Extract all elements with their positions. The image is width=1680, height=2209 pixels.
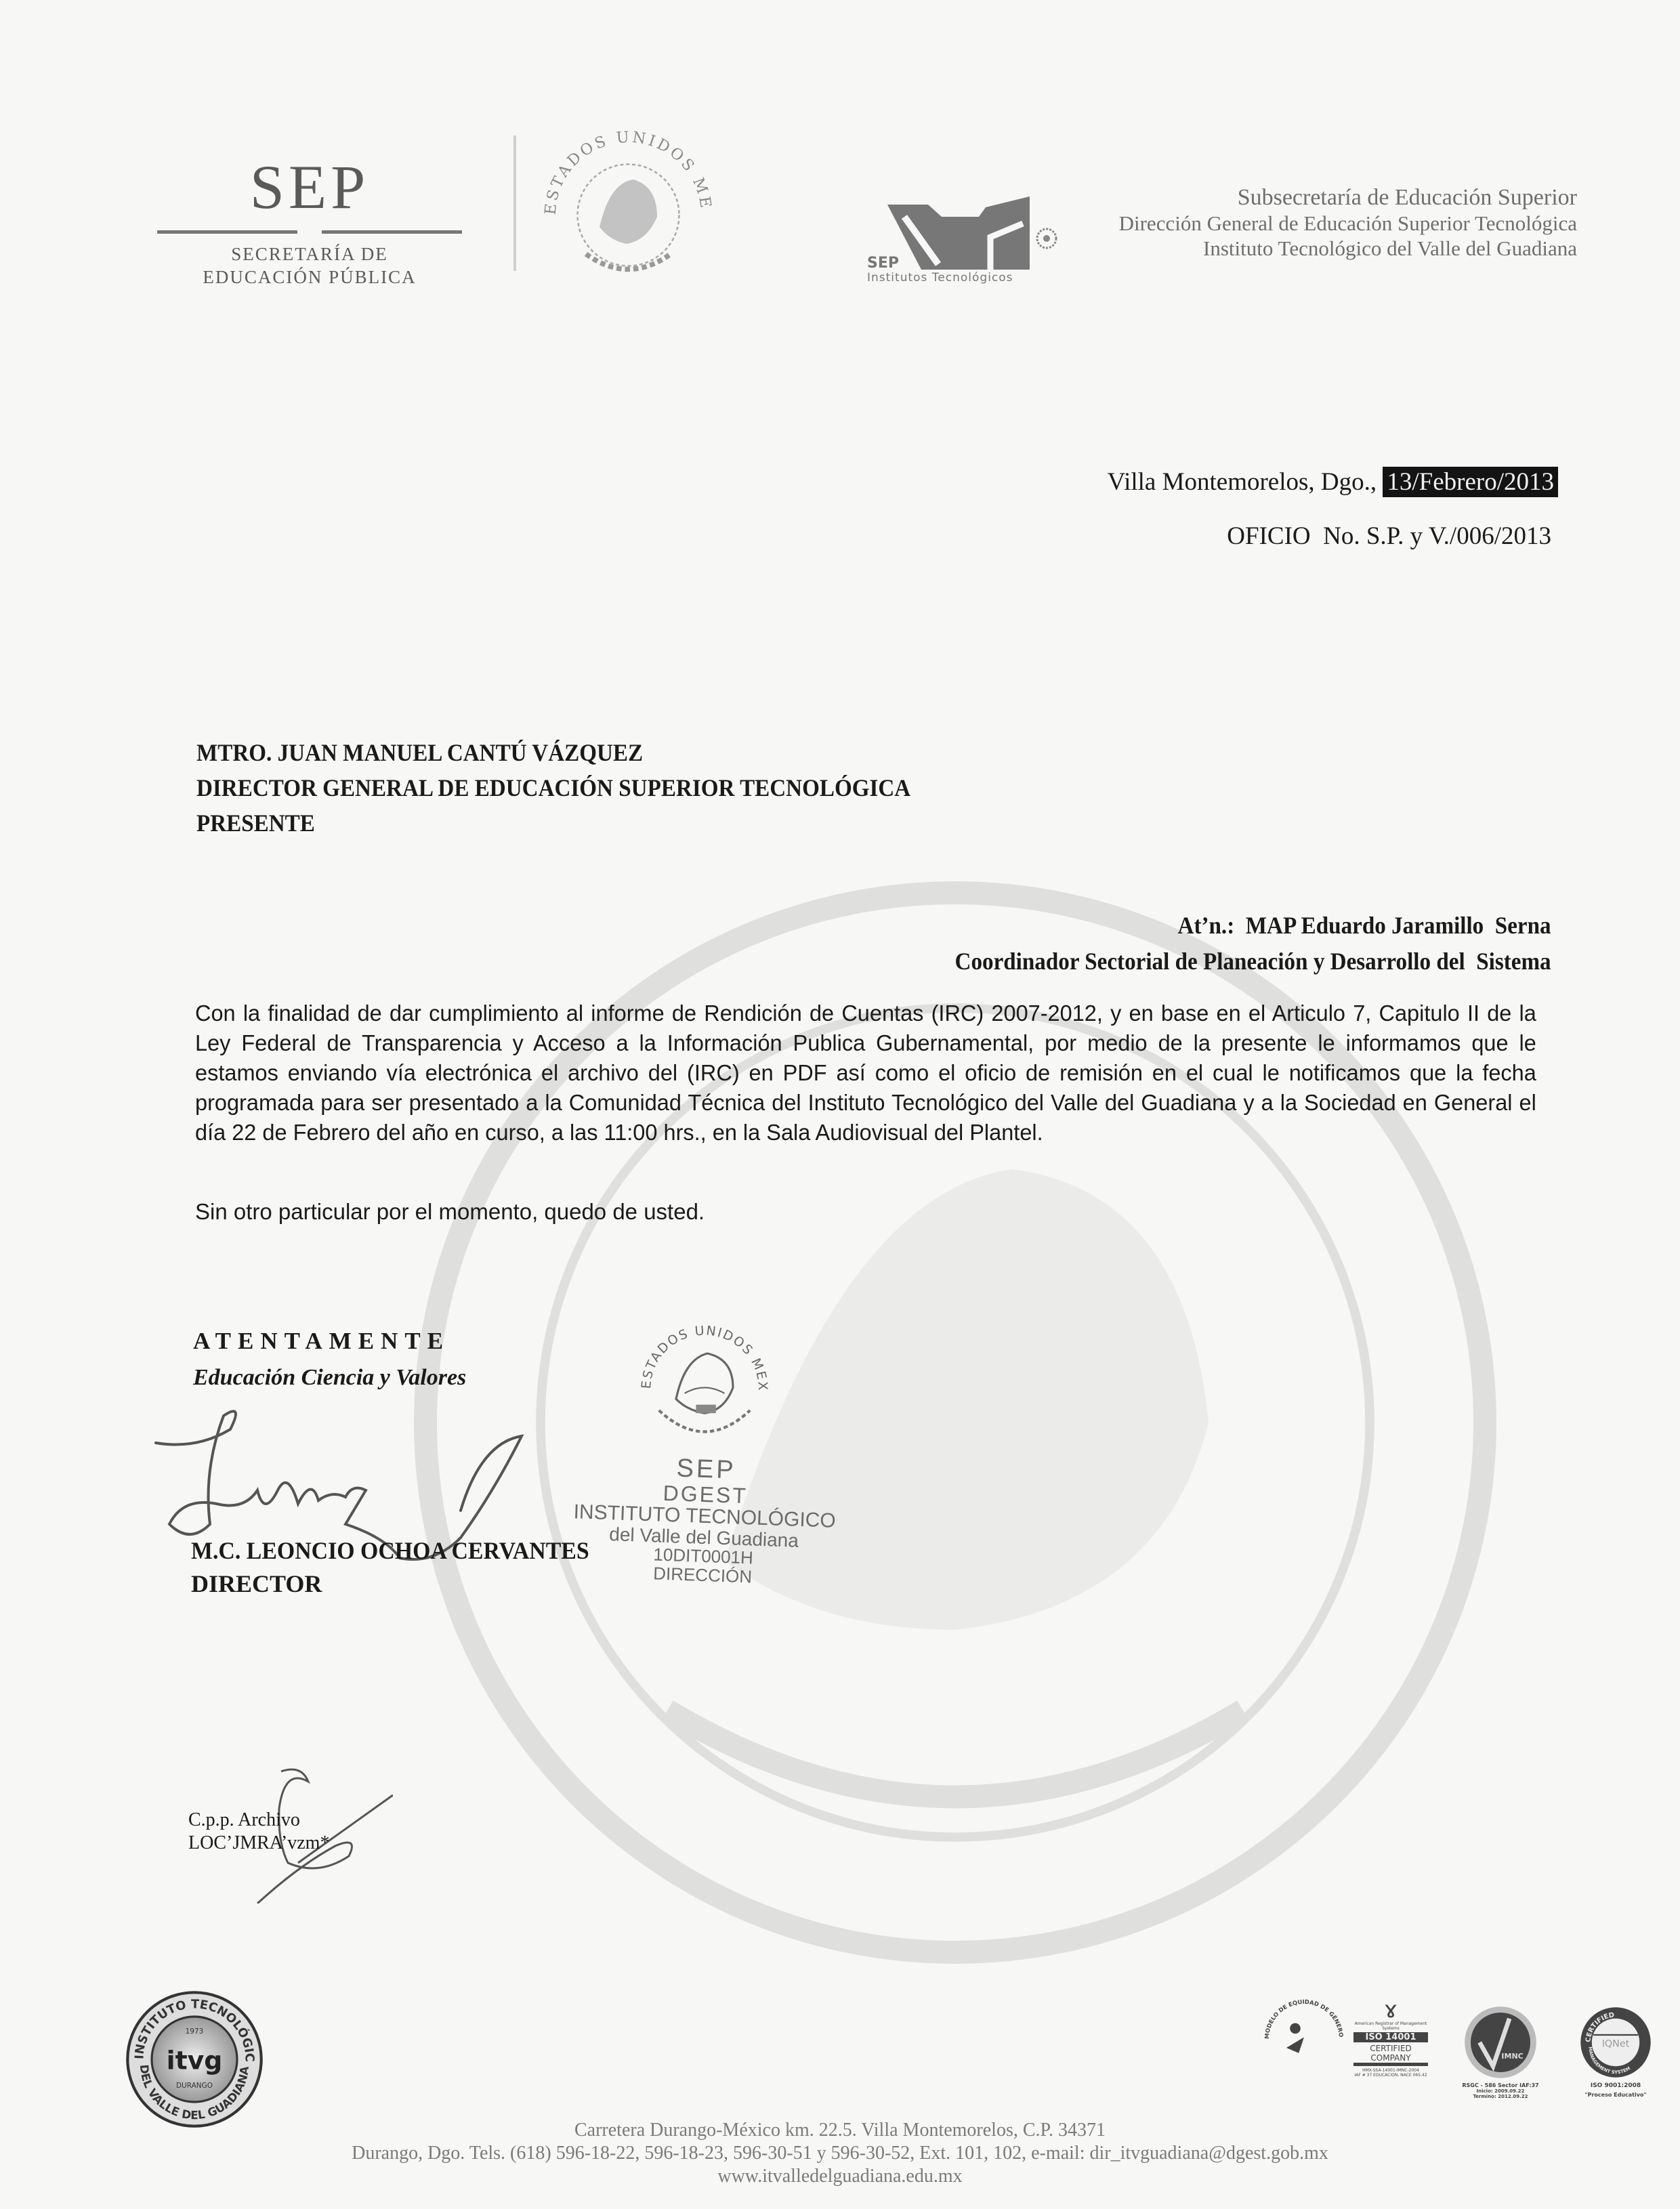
- letter-body: Con la finalidad de dar cumplimiento al …: [195, 998, 1536, 1147]
- iso14001-ref1: HMX-SSA-14001-IMNC-2004: [1353, 2068, 1428, 2073]
- seal-monogram: itvg: [167, 2046, 223, 2076]
- addressee-block: MTRO. JUAN MANUEL CANTÚ VÁZQUEZ DIRECTOR…: [196, 735, 910, 841]
- footer-website[interactable]: www.itvalledelguadiana.edu.mx: [0, 2165, 1680, 2188]
- iqnet-certification: CERTIFIED MANAGEMENT SYSTEM IQNet ISO 90…: [1568, 2005, 1663, 2098]
- iso-14001-badge: ɤ American Registrar of Management Syste…: [1353, 1998, 1428, 2078]
- oficio-number: OFICIO No. S.P. y V./006/2013: [1227, 522, 1551, 551]
- footer-address: Carretera Durango-México km. 22.5. Villa…: [0, 2119, 1680, 2142]
- iso14001-badge-label: ISO 14001: [1353, 2032, 1428, 2042]
- coat-of-arms-icon: ESTADOS UNIDOS MEXICANOS: [535, 122, 721, 291]
- imnc-mark: IMNC: [1501, 2052, 1523, 2061]
- footer-contact: Durango, Dgo. Tels. (618) 596-18-22, 596…: [0, 2142, 1680, 2165]
- sep-logo: SEP SECRETARÍA DE EDUCACIÓN PÚBLICA: [157, 156, 462, 289]
- salutation: ATENTAMENTE: [193, 1328, 450, 1355]
- attention-name: At’n.: MAP Eduardo Jaramillo Serna: [955, 908, 1551, 944]
- header-institution-lines: Subsecretaría de Educación Superior Dire…: [1119, 184, 1577, 261]
- letter-date: 13/Febrero/2013: [1383, 467, 1558, 497]
- gender-equity-certification-icon: MODELO DE EQUIDAD DE GÉNERO · MEG:2003 ·: [1260, 1992, 1348, 2086]
- gender-ring-text: MODELO DE EQUIDAD DE GÉNERO · MEG:2003 ·: [1260, 1992, 1345, 2040]
- it-logo-sep: SEP: [867, 255, 899, 272]
- attention-title: Coordinador Sectorial de Planeación y De…: [955, 944, 1551, 980]
- addressee-name: MTRO. JUAN MANUEL CANTÚ VÁZQUEZ: [196, 735, 910, 770]
- iqnet-logo-icon: CERTIFIED MANAGEMENT SYSTEM IQNet: [1578, 2005, 1653, 2080]
- sep-acronym: SEP: [157, 156, 462, 218]
- iso14001-ref2: IAF # 37 EDUCACION, NACE 065.42: [1353, 2073, 1428, 2078]
- addressee-title: DIRECTOR GENERAL DE EDUCACIÓN SUPERIOR T…: [196, 770, 910, 805]
- header-divider: [513, 135, 516, 271]
- imnc-ref: RSGC - 586 Sector IAF:37: [1456, 2082, 1545, 2088]
- iqnet-standard: ISO 9001:2008: [1568, 2082, 1663, 2089]
- stamp-ring-text: ESTADOS UNIDOS MEXICANOS: [633, 1311, 770, 1392]
- cc-archive: C.p.p. Archivo: [188, 1809, 329, 1832]
- official-stamp-text: SEP DGEST INSTITUTO TECNOLÓGICO del Vall…: [567, 1452, 842, 1589]
- institute-seal-icon: INSTITUTO TECNOLÓGICO DEL VALLE DEL GUAD…: [123, 1988, 266, 2130]
- iqnet-mark: IQNet: [1602, 2039, 1630, 2050]
- institutional-motto: Educación Ciencia y Valores: [193, 1365, 466, 1391]
- armas-logo-icon: ɤ: [1353, 1998, 1428, 2021]
- iqnet-scope: "Proceso Educativo": [1568, 2092, 1663, 2098]
- footer-address-block: Carretera Durango-México km. 22.5. Villa…: [0, 2119, 1680, 2188]
- official-stamp-seal-icon: ESTADOS UNIDOS MEXICANOS: [633, 1311, 776, 1453]
- iso14001-certified: CERTIFIED: [1353, 2044, 1428, 2053]
- certification-logos: MODELO DE EQUIDAD DE GÉNERO · MEG:2003 ·…: [1260, 1985, 1666, 2113]
- imnc-start-date: 2009.09.22: [1494, 2088, 1524, 2094]
- addressee-presente: PRESENTE: [196, 805, 910, 841]
- cc-initials: LOC’JMRA’vzm*: [188, 1832, 329, 1855]
- date-line: Villa Montemorelos, Dgo., 13/Febrero/201…: [1108, 467, 1558, 497]
- iso14001-company: COMPANY: [1353, 2053, 1428, 2066]
- iso14001-org: American Registrar of Management Systems: [1353, 2021, 1428, 2031]
- seal-city: DURANGO: [176, 2082, 213, 2090]
- footer-contact-text: Durango, Dgo. Tels. (618) 596-18-22, 596…: [352, 2143, 1328, 2164]
- it-logo-caption: Institutos Tecnológicos: [867, 271, 1013, 285]
- header-line-instituto: Instituto Tecnológico del Valle del Guad…: [1119, 236, 1577, 261]
- signer-name: M.C. LEONCIO OCHOA CERVANTES: [191, 1536, 589, 1565]
- signer-role: DIRECTOR: [191, 1570, 322, 1598]
- svg-text:ESTADOS UNIDOS MEXICANOS: ESTADOS UNIDOS MEXICANOS: [633, 1311, 770, 1392]
- svg-text:MODELO DE EQUIDAD DE GÉNERO ·: MODELO DE EQUIDAD DE GÉNERO · MEG:2003 ·: [1260, 1992, 1345, 2040]
- imnc-end-date: 2012.09.22: [1498, 2094, 1528, 2099]
- imnc-certification: IMNC RSGC - 586 Sector IAF:37 Inicio: 20…: [1456, 2005, 1545, 2099]
- imnc-start-label: Inicio:: [1477, 2088, 1493, 2094]
- attention-block: At’n.: MAP Eduardo Jaramillo Serna Coord…: [955, 908, 1551, 980]
- sep-logo-line1: SECRETARÍA DE: [157, 243, 462, 266]
- sep-logo-line2: EDUCACIÓN PÚBLICA: [157, 266, 462, 289]
- sep-logo-rule: [157, 230, 462, 234]
- seal-year: 1973: [186, 2027, 204, 2036]
- imnc-logo-icon: IMNC: [1463, 2005, 1538, 2080]
- institutos-tecnologicos-logo: SEP Institutos Tecnológicos: [867, 190, 1064, 298]
- carbon-copy-block: C.p.p. Archivo LOC’JMRA’vzm*: [188, 1809, 329, 1854]
- header-line-direccion: Dirección General de Educación Superior …: [1119, 211, 1577, 236]
- letter-place: Villa Montemorelos, Dgo.,: [1108, 468, 1377, 496]
- header-line-subsecretaria: Subsecretaría de Educación Superior: [1119, 184, 1577, 211]
- imnc-end-label: Termino:: [1473, 2094, 1496, 2099]
- letter-closing: Sin otro particular por el momento, qued…: [195, 1199, 705, 1225]
